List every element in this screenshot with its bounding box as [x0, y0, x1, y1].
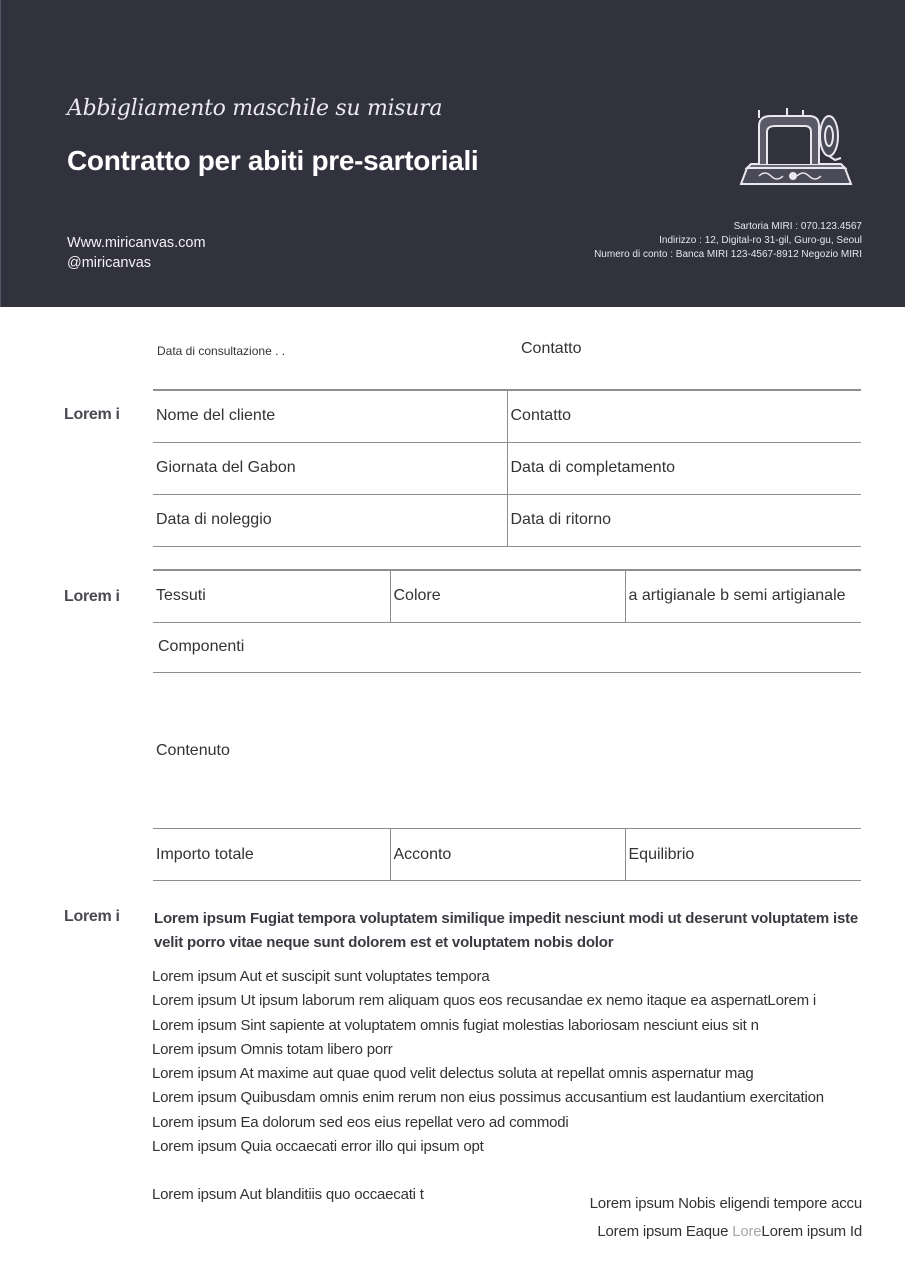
return-date-field[interactable]: Data di ritorno: [507, 494, 861, 546]
list-item: Lorem ipsum Ut ipsum laborum rem aliquam…: [152, 989, 824, 1013]
components-label: Componenti: [158, 638, 244, 656]
table-row: Tessuti Colore a artigianale b semi arti…: [153, 570, 861, 622]
customer-info-table: Nome del cliente Contatto Giornata del G…: [153, 389, 861, 547]
list-item: Lorem ipsum Aut et suscipit sunt volupta…: [152, 965, 824, 989]
list-item: Lorem ipsum Quibusdam omnis enim rerum n…: [152, 1086, 824, 1110]
signature-line-2: Lorem ipsum Eaque LoreLorem ipsum Id: [590, 1218, 862, 1246]
list-item: Lorem ipsum Sint sapiente at voluptatem …: [152, 1014, 824, 1038]
rental-date-field[interactable]: Data di noleggio: [153, 494, 507, 546]
consultation-date-label: Data di consultazione . .: [157, 344, 285, 358]
signature-suffix: Lorem ipsum Id: [761, 1223, 862, 1240]
header-subtitle: Abbigliamento maschile su misura: [67, 96, 442, 121]
social-handle[interactable]: @miricanvas: [67, 253, 206, 273]
shop-account: Numero di conto : Banca MIRI 123-4567-89…: [594, 248, 862, 262]
table-row: Data di noleggio Data di ritorno: [153, 494, 861, 546]
contact-links: Www.miricanvas.com @miricanvas: [67, 233, 206, 273]
table-row: Nome del cliente Contatto: [153, 390, 861, 442]
list-item: Lorem ipsum At maxime aut quae quod veli…: [152, 1062, 824, 1086]
completion-date-field[interactable]: Data di completamento: [507, 442, 861, 494]
signature-left: Lorem ipsum Aut blanditiis quo occaecati…: [152, 1186, 424, 1203]
section-label-customer: Lorem i: [64, 406, 120, 424]
page-title: Contratto per abiti pre-sartoriali: [67, 145, 478, 177]
payment-table: Importo totale Acconto Equilibrio: [153, 828, 861, 881]
header-banner: Abbigliamento maschile su misura Contrat…: [0, 0, 905, 307]
signature-right: Lorem ipsum Nobis eligendi tempore accu …: [590, 1190, 862, 1246]
deposit-field[interactable]: Acconto: [390, 829, 625, 881]
section-label-terms: Lorem i: [64, 908, 120, 926]
consultation-contact-label: Contatto: [521, 340, 581, 358]
signature-prefix: Lorem ipsum Eaque: [597, 1223, 732, 1240]
fitting-day-field[interactable]: Giornata del Gabon: [153, 442, 507, 494]
terms-list: Lorem ipsum Aut et suscipit sunt volupta…: [152, 965, 824, 1159]
table-row: Importo totale Acconto Equilibrio: [153, 829, 861, 881]
list-item: Lorem ipsum Omnis totam libero porr: [152, 1038, 824, 1062]
table-row: Giornata del Gabon Data di completamento: [153, 442, 861, 494]
shop-info: Sartoria MIRI : 070.123.4567 Indirizzo :…: [594, 220, 862, 262]
list-item: Lorem ipsum Quia occaecati error illo qu…: [152, 1135, 824, 1159]
shop-phone: Sartoria MIRI : 070.123.4567: [594, 220, 862, 234]
components-field[interactable]: Componenti: [153, 621, 861, 673]
balance-field[interactable]: Equilibrio: [625, 829, 861, 881]
section-label-garment: Lorem i: [64, 588, 120, 606]
signature-line-1: Lorem ipsum Nobis eligendi tempore accu: [590, 1190, 862, 1218]
list-item: Lorem ipsum Ea dolorum sed eos eius repe…: [152, 1111, 824, 1135]
contents-field[interactable]: Contenuto: [156, 742, 230, 760]
sewing-machine-icon: [737, 106, 855, 188]
contact-field[interactable]: Contatto: [507, 390, 861, 442]
fabric-field[interactable]: Tessuti: [153, 570, 390, 622]
shop-address: Indirizzo : 12, Digital-ro 31-gil, Guro-…: [594, 234, 862, 248]
terms-intro: Lorem ipsum Fugiat tempora voluptatem si…: [154, 907, 864, 955]
signature-faded: Lore: [732, 1223, 761, 1240]
garment-table: Tessuti Colore a artigianale b semi arti…: [153, 569, 861, 623]
total-amount-field[interactable]: Importo totale: [153, 829, 390, 881]
website-link[interactable]: Www.miricanvas.com: [67, 233, 206, 253]
craft-type-field[interactable]: a artigianale b semi artigianale: [625, 570, 861, 622]
customer-name-field[interactable]: Nome del cliente: [153, 390, 507, 442]
color-field[interactable]: Colore: [390, 570, 625, 622]
